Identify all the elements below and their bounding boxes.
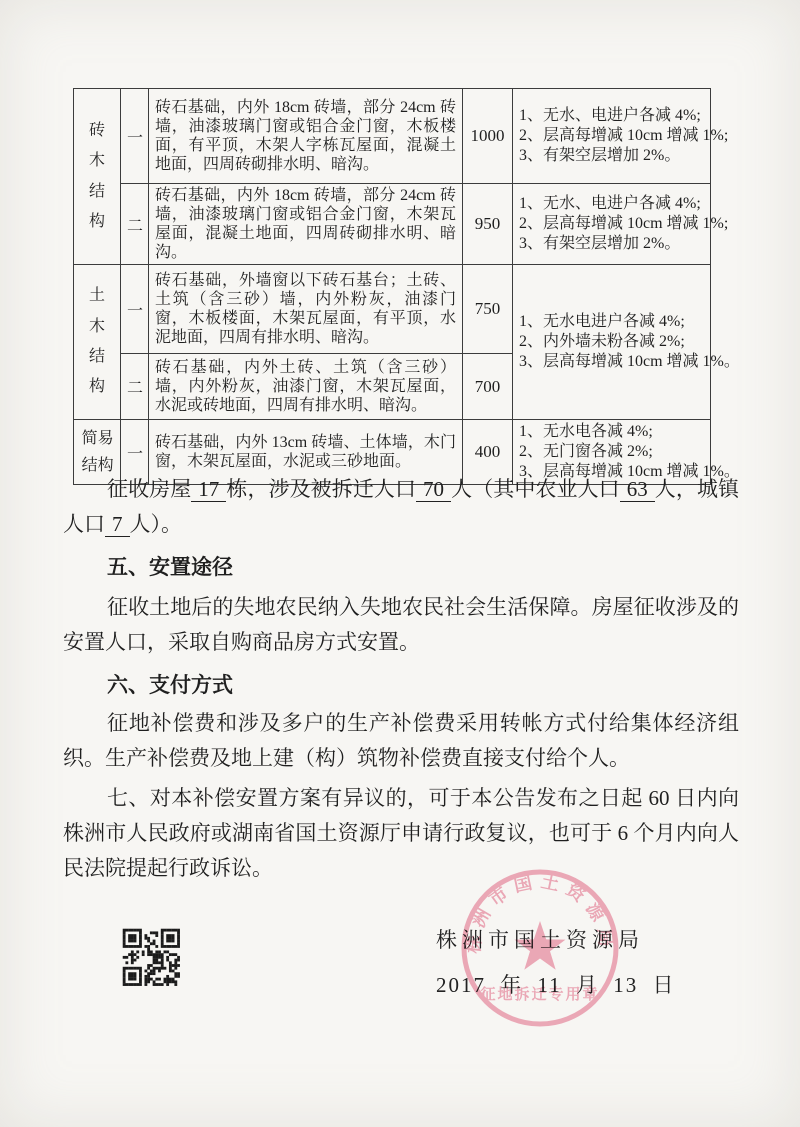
price-cell: 1000 xyxy=(463,89,513,184)
price-cell: 700 xyxy=(463,354,513,420)
issue-date: 2017 年 11 月 13 日 xyxy=(436,969,675,999)
price-cell: 750 xyxy=(463,265,513,354)
note-line: 2、内外墙未粉各减 2%; xyxy=(519,332,704,352)
notes-cell: 1、无水、电进户各减 4%; 2、层高每增减 10cm 增减 1%; 3、有架空… xyxy=(513,184,711,265)
description-cell: 砖石基础，内外 18cm 砖墙，部分 24cm 砖墙，油漆玻璃门窗或铝合金门窗，… xyxy=(149,89,463,184)
category-cell: 砖木结构 xyxy=(74,89,121,265)
note-line: 1、无水电进户各减 4%; xyxy=(519,312,704,332)
category-label: 砖木结构 xyxy=(88,116,106,238)
signature-block: 株洲市国土资源局 2017 年 11 月 13 日 xyxy=(436,924,675,999)
note-line: 3、有架空层增加 2%。 xyxy=(519,146,704,166)
note-line: 1、无水、电进户各减 4%; xyxy=(519,194,704,214)
note-line: 3、层高每增减 10cm 增减 1%。 xyxy=(519,352,704,372)
category-cell: 土木结构 xyxy=(74,265,121,420)
grade-cell: 一 xyxy=(121,265,149,354)
document-body: 征收房屋17栋，涉及被拆迁人口70人（其中农业人口63人，城镇人口7人）。 五、… xyxy=(63,472,739,886)
note-line: 1、无水、电进户各减 4%; xyxy=(519,106,704,126)
text-segment: 栋，涉及被拆迁人口 xyxy=(226,477,416,501)
grade-cell: 二 xyxy=(121,184,149,265)
paragraph-housing-stats: 征收房屋17栋，涉及被拆迁人口70人（其中农业人口63人，城镇人口7人）。 xyxy=(63,472,739,542)
table-row: 二 砖石基础，内外 18cm 砖墙，部分 24cm 砖墙，油漆玻璃门窗或铝合金门… xyxy=(74,184,711,265)
description-cell: 砖石基础，内外土砖、土筑（含三砂）墙，内外粉灰，油漆门窗，木架瓦屋面，水泥或砖地… xyxy=(149,354,463,420)
text-segment: 人）。 xyxy=(130,512,183,536)
paragraph-objection: 七、对本补偿安置方案有异议的，可于本公告发布之日起 60 日内向株洲市人民政府或… xyxy=(63,781,739,886)
category-label: 土木结构 xyxy=(88,281,106,403)
note-line: 2、层高每增减 10cm 增减 1%; xyxy=(519,214,704,234)
table-row: 砖木结构 一 砖石基础，内外 18cm 砖墙，部分 24cm 砖墙，油漆玻璃门窗… xyxy=(74,89,711,184)
compensation-table: 砖木结构 一 砖石基础，内外 18cm 砖墙，部分 24cm 砖墙，油漆玻璃门窗… xyxy=(73,88,711,485)
description-cell: 砖石基础，外墙窗以下砖石基台；土砖、土筑（含三砂）墙，内外粉灰，油漆门窗，木板楼… xyxy=(149,265,463,354)
table-row: 土木结构 一 砖石基础，外墙窗以下砖石基台；土砖、土筑（含三砂）墙，内外粉灰，油… xyxy=(74,265,711,354)
issuing-authority: 株洲市国土资源局 xyxy=(436,924,675,954)
price-cell: 950 xyxy=(463,184,513,265)
notes-cell: 1、无水、电进户各减 4%; 2、层高每增减 10cm 增减 1%; 3、有架空… xyxy=(513,89,711,184)
description-cell: 砖石基础，内外 18cm 砖墙，部分 24cm 砖墙，油漆玻璃门窗或铝合金门窗，… xyxy=(149,184,463,265)
qr-code xyxy=(120,926,188,994)
grade-cell: 二 xyxy=(121,354,149,420)
paragraph-resettlement: 征收土地后的失地农民纳入失地农民社会生活保障。房屋征收涉及的安置人口，采取自购商… xyxy=(63,590,739,660)
note-line: 1、无水电各减 4%; xyxy=(519,422,704,442)
underlined-value: 63 xyxy=(620,477,655,502)
section-heading-6: 六、支付方式 xyxy=(63,668,739,703)
underlined-value: 17 xyxy=(191,477,226,502)
note-line: 2、层高每增减 10cm 增减 1%; xyxy=(519,126,704,146)
note-line: 2、无门窗各减 2%; xyxy=(519,442,704,462)
underlined-value: 70 xyxy=(416,477,451,502)
paragraph-payment: 征地补偿费和涉及多户的生产补偿费采用转帐方式付给集体经济组织。生产补偿费及地上建… xyxy=(63,706,739,776)
document-page: 砖木结构 一 砖石基础，内外 18cm 砖墙，部分 24cm 砖墙，油漆玻璃门窗… xyxy=(0,0,800,1127)
grade-cell: 一 xyxy=(121,89,149,184)
underlined-value: 7 xyxy=(105,512,130,537)
note-line: 3、有架空层增加 2%。 xyxy=(519,234,704,254)
text-segment: 人（其中农业人口 xyxy=(451,477,620,501)
section-heading-5: 五、安置途径 xyxy=(63,550,739,585)
text-segment: 征收房屋 xyxy=(107,477,191,501)
notes-cell: 1、无水电进户各减 4%; 2、内外墙未粉各减 2%; 3、层高每增减 10cm… xyxy=(513,265,711,420)
